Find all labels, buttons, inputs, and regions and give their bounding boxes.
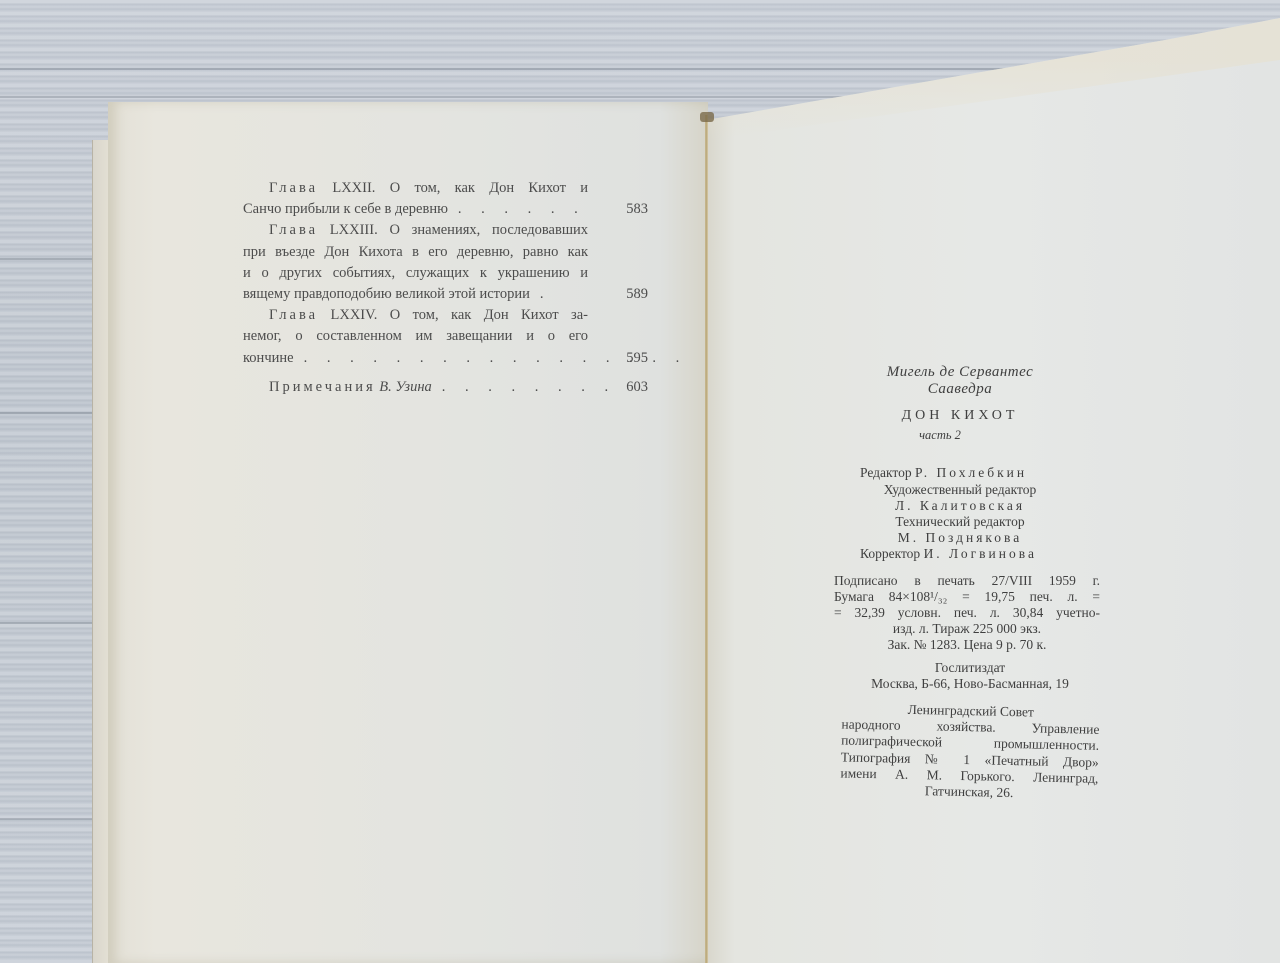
- print-line: изд. л. Тираж 225 000 экз.: [834, 621, 1100, 637]
- credit-role: Корректор: [860, 546, 920, 561]
- page-number: 583: [608, 199, 648, 220]
- chapter-prefix: Глава: [269, 180, 318, 196]
- credit-tech-editor-role: Технический редактор: [860, 514, 1100, 530]
- toc-line: Глава LXXIV. О том, как Дон Кихот за-: [243, 305, 648, 326]
- leader-dots: . . . . . . . .: [442, 379, 616, 395]
- credit-art-editor-role: Художественный редактор: [860, 482, 1100, 498]
- credit-proofreader: Корректор И. Логвинова: [860, 546, 1100, 562]
- book-part: часть 2: [780, 427, 1100, 443]
- colophon: Мигель де Сервантес Сааведра ДОН КИХОТ ч…: [820, 364, 1100, 797]
- author-name: Мигель де Сервантес: [820, 364, 1100, 381]
- book-spine: [705, 115, 708, 963]
- print-line: Зак. № 1283. Цена 9 р. 70 к.: [834, 637, 1100, 653]
- toc-entry-notes: Примечания В. Узина. . . . . . . . 603: [243, 377, 648, 398]
- spine-headband: [700, 112, 714, 122]
- leader-dots: .: [540, 286, 552, 302]
- toc-line: вящему правдоподобию великой этой истори…: [243, 284, 648, 305]
- print-line: Бумага 84×108¹/₃₂ = 19,75 печ. л. =: [834, 589, 1100, 605]
- notes-label: Примечания: [269, 379, 376, 395]
- toc-line: Глава LXXIII. О знамениях, последовавших: [243, 220, 648, 241]
- publisher-address: Москва, Б-66, Ново-Басманная, 19: [840, 676, 1100, 692]
- chapter-title: при въезде Дон Кихота в его деревню, рав…: [243, 242, 588, 263]
- chapter-title: кончине: [243, 350, 294, 366]
- page-number: 603: [608, 377, 648, 398]
- print-line: = 32,39 условн. печ. л. 30,84 учетно-: [834, 605, 1100, 621]
- chapter-prefix: Глава: [269, 222, 318, 238]
- print-details: Подписано в печать 27/VIII 1959 г. Бумаг…: [820, 573, 1100, 654]
- chapter-title: О знамениях, последовавших: [389, 222, 588, 238]
- print-line: Подписано в печать 27/VIII 1959 г.: [834, 573, 1100, 589]
- credit-tech-editor-name: М. Позднякова: [860, 530, 1100, 546]
- toc-line: Примечания В. Узина. . . . . . . . 603: [243, 377, 648, 398]
- toc-line: и о других событиях, служащих к украшени…: [243, 263, 648, 284]
- toc-line: Санчо прибыли к себе в деревню. . . . . …: [243, 199, 648, 220]
- editorial-credits: Редактор Р. Похлебкин Художественный ред…: [820, 465, 1100, 562]
- book-title: ДОН КИХОТ: [820, 408, 1100, 424]
- publisher-name: Гослитиздат: [840, 660, 1100, 676]
- toc-line: немог, о составленном им завещании и о е…: [243, 326, 648, 347]
- chapter-number: LXXII.: [332, 180, 375, 196]
- chapter-title: вящему правдоподобию великой этой истори…: [243, 286, 530, 302]
- leader-dots: . . . . . .: [458, 201, 586, 217]
- chapter-number: LXXIII.: [330, 222, 378, 238]
- credit-art-editor-name: Л. Калитовская: [860, 498, 1100, 514]
- notes-author: В. Узина: [379, 379, 432, 395]
- toc-entry: Глава LXXIV. О том, как Дон Кихот за- не…: [243, 305, 648, 369]
- toc-entry: Глава LXXIII. О знамениях, последовавших…: [243, 220, 648, 305]
- chapter-title: О том, как Дон Кихот за-: [390, 307, 588, 323]
- credit-name: Р. Похлебкин: [915, 465, 1027, 480]
- chapter-title: немог, о составленном им завещании и о е…: [243, 326, 588, 347]
- page-number: 595: [608, 348, 648, 369]
- author-surname: Сааведра: [820, 381, 1100, 398]
- chapter-title: и о других событиях, служащих к украшени…: [243, 263, 588, 284]
- chapter-number: LXXIV.: [330, 307, 377, 323]
- printing-house: Ленинградский Совет народного хозяйства.…: [818, 700, 1100, 803]
- toc-line: Глава LXXII. О том, как Дон Кихот и: [243, 178, 648, 199]
- chapter-prefix: Глава: [269, 307, 318, 323]
- toc-entry: Глава LXXII. О том, как Дон Кихот и Санч…: [243, 178, 648, 220]
- page-number: 589: [608, 284, 648, 305]
- table-of-contents: Глава LXXII. О том, как Дон Кихот и Санч…: [243, 178, 648, 398]
- chapter-title: О том, как Дон Кихот и: [390, 180, 588, 196]
- publisher: Гослитиздат Москва, Б-66, Ново-Басманная…: [820, 660, 1100, 692]
- chapter-title: Санчо прибыли к себе в деревню: [243, 201, 448, 217]
- toc-line: при въезде Дон Кихота в его деревню, рав…: [243, 242, 648, 263]
- toc-line: кончине. . . . . . . . . . . . . . . . .…: [243, 348, 648, 369]
- credit-role: Редактор: [860, 465, 912, 480]
- credit-editor: Редактор Р. Похлебкин: [860, 465, 1100, 481]
- credit-name: И. Логвинова: [924, 546, 1037, 561]
